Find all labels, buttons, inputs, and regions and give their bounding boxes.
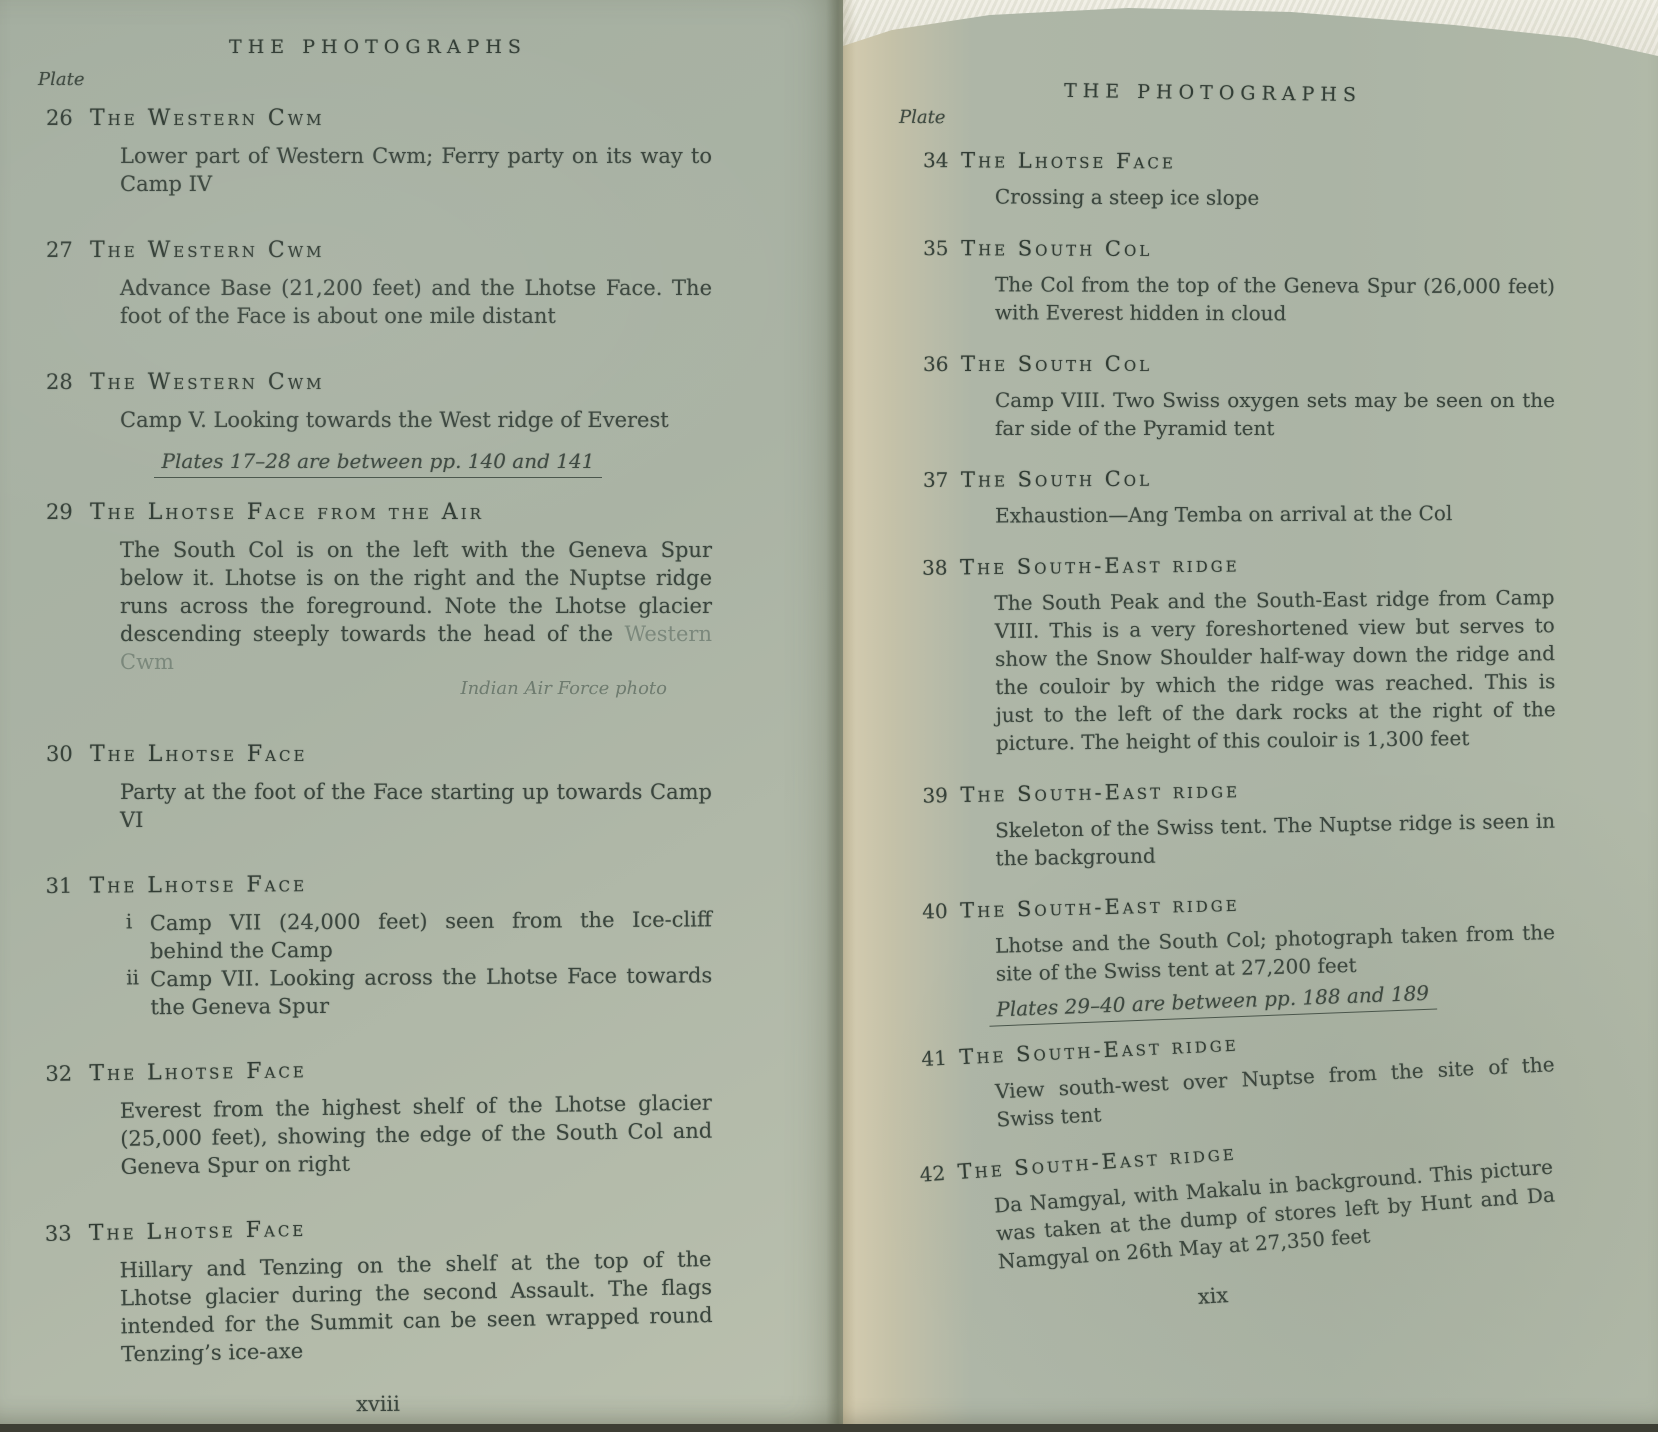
- plate-title: The Lhotse Face from the Air: [90, 500, 484, 525]
- plates-location-note-wrap: Plates 17–28 are between pp. 140 and 141: [38, 448, 718, 478]
- plate-entry-28: 28The Western Cwm Camp V. Looking toward…: [38, 366, 718, 434]
- plate-number: 32: [45, 1057, 89, 1090]
- plate-subcaption-i: iCamp VII (24,000 feet) seen from the Ic…: [120, 905, 712, 965]
- subitem-text: Camp VII. Looking across the Lhotse Face…: [150, 961, 712, 1021]
- plate-caption: The South Col is on the left with the Ge…: [120, 536, 712, 676]
- page-title: The Photographs: [903, 76, 1523, 111]
- plate-column-label: Plate: [899, 106, 1523, 134]
- plate-entry-38: 38The South-East ridge The South Peak an…: [902, 546, 1524, 758]
- plate-title: The South-East ridge: [960, 552, 1240, 579]
- plate-caption: Advance Base (21,200 feet) and the Lhots…: [120, 274, 712, 330]
- plate-entry-29: 29The Lhotse Face from the Air The South…: [38, 496, 718, 702]
- plate-title: The Western Cwm: [90, 106, 325, 131]
- plate-number: 31: [45, 870, 89, 902]
- subitem-marker: ii: [120, 965, 150, 1021]
- plate-number: 29: [46, 496, 90, 528]
- plate-number: 27: [46, 234, 90, 266]
- plate-entry-27: 27The Western Cwm Advance Base (21,200 f…: [38, 234, 718, 330]
- subitem-text: Camp VII (24,000 feet) seen from the Ice…: [150, 905, 712, 965]
- plate-caption: Camp V. Looking towards the West ridge o…: [120, 406, 712, 434]
- photo-credit: Indian Air Force photo: [120, 676, 712, 702]
- book-photo: The Photographs Plate 26The Western Cwm …: [0, 0, 1658, 1432]
- plate-entry-26: 26The Western Cwm Lower part of Western …: [38, 102, 718, 198]
- book-gutter-fold: [826, 0, 856, 1424]
- plate-title: The South Col: [961, 467, 1152, 492]
- plate-number: 35: [923, 232, 961, 264]
- plate-title: The Lhotse Face: [89, 1217, 307, 1246]
- plate-number: 28: [46, 366, 90, 398]
- plate-number: 41: [921, 1041, 961, 1075]
- right-page: The Photographs Plate 34The Lhotse Face …: [843, 0, 1658, 1424]
- plate-entry-34: 34The Lhotse Face Crossing a steep ice s…: [903, 144, 1523, 213]
- plate-entry-31: 31The Lhotse Face iCamp VII (24,000 feet…: [37, 865, 718, 1022]
- plate-title: The Lhotse Face: [961, 148, 1176, 173]
- plate-list: 34The Lhotse Face Crossing a steep ice s…: [903, 144, 1523, 1282]
- plate-entry-42: 42The South-East ridge Da Namgyal, with …: [899, 1117, 1526, 1282]
- plate-entry-40: 40The South-East ridge Lhotse and the So…: [902, 881, 1524, 990]
- plate-number: 39: [922, 779, 961, 812]
- plate-title: The South Col: [961, 352, 1152, 376]
- plate-caption: Everest from the highest shelf of the Lh…: [120, 1089, 713, 1181]
- plate-title: The South-East ridge: [959, 1032, 1239, 1070]
- subitem-marker: i: [120, 909, 150, 965]
- page-number-left: xviii: [38, 1390, 718, 1419]
- plate-entry-37: 37The South Col Exhaustion—Ang Temba on …: [903, 461, 1523, 530]
- plate-number: 38: [922, 551, 960, 583]
- plate-title: The Western Cwm: [90, 370, 325, 395]
- plate-list: 26The Western Cwm Lower part of Western …: [38, 102, 718, 1370]
- plate-number: 36: [923, 348, 961, 380]
- plate-caption: Crossing a steep ice slope: [995, 182, 1555, 213]
- plate-column-label: Plate: [38, 68, 718, 92]
- plates-location-note: Plates 29–40 are between pp. 188 and 189: [988, 979, 1438, 1026]
- plate-entry-30: 30The Lhotse Face Party at the foot of t…: [38, 738, 718, 834]
- plate-caption: Hillary and Tenzing on the shelf at the …: [119, 1245, 713, 1368]
- plate-caption: Exhaustion—Ang Temba on arrival at the C…: [995, 499, 1555, 530]
- plate-number: 37: [923, 464, 961, 496]
- plate-number: 33: [45, 1217, 90, 1250]
- plate-caption: Skeleton of the Swiss tent. The Nuptse r…: [995, 807, 1556, 873]
- plate-subcaption-ii: iiCamp VII. Looking across the Lhotse Fa…: [120, 961, 712, 1021]
- plate-title: The South-East ridge: [960, 892, 1240, 923]
- plate-title: The Lhotse Face: [90, 742, 307, 767]
- plate-entry-35: 35The South Col The Col from the top of …: [903, 232, 1523, 328]
- plate-caption: Lower part of Western Cwm; Ferry party o…: [120, 142, 712, 198]
- left-page: The Photographs Plate 26The Western Cwm …: [0, 0, 843, 1424]
- plate-title: The Western Cwm: [90, 238, 325, 263]
- plate-entry-39: 39The South-East ridge Skeleton of the S…: [902, 769, 1524, 874]
- plate-title: The Lhotse Face: [89, 872, 307, 899]
- plate-entry-41: 41The South-East ridge View south-west o…: [901, 1014, 1525, 1138]
- plate-entry-32: 32The Lhotse Face Everest from the highe…: [37, 1049, 719, 1182]
- plate-caption: The Col from the top of the Geneva Spur …: [995, 270, 1555, 328]
- plates-location-note: Plates 17–28 are between pp. 140 and 141: [154, 448, 603, 478]
- plate-title: The South-East ridge: [960, 778, 1240, 807]
- plate-number: 26: [46, 102, 90, 134]
- plate-caption: Camp VIII. Two Swiss oxygen sets may be …: [995, 386, 1555, 442]
- plate-title: The Lhotse Face: [89, 1058, 307, 1086]
- plate-title: The South Col: [961, 236, 1152, 261]
- plate-entry-33: 33The Lhotse Face Hillary and Tenzing on…: [37, 1205, 720, 1370]
- page-title: The Photographs: [38, 34, 718, 60]
- plate-number: 30: [46, 738, 90, 770]
- plate-caption: The South Peak and the South-East ridge …: [994, 583, 1556, 757]
- plate-caption: Party at the foot of the Face starting u…: [120, 778, 712, 834]
- plate-entry-36: 36The South Col Camp VIII. Two Swiss oxy…: [903, 348, 1523, 442]
- plate-number: 42: [919, 1156, 959, 1191]
- plate-number: 40: [922, 895, 961, 928]
- plate-number: 34: [923, 144, 961, 176]
